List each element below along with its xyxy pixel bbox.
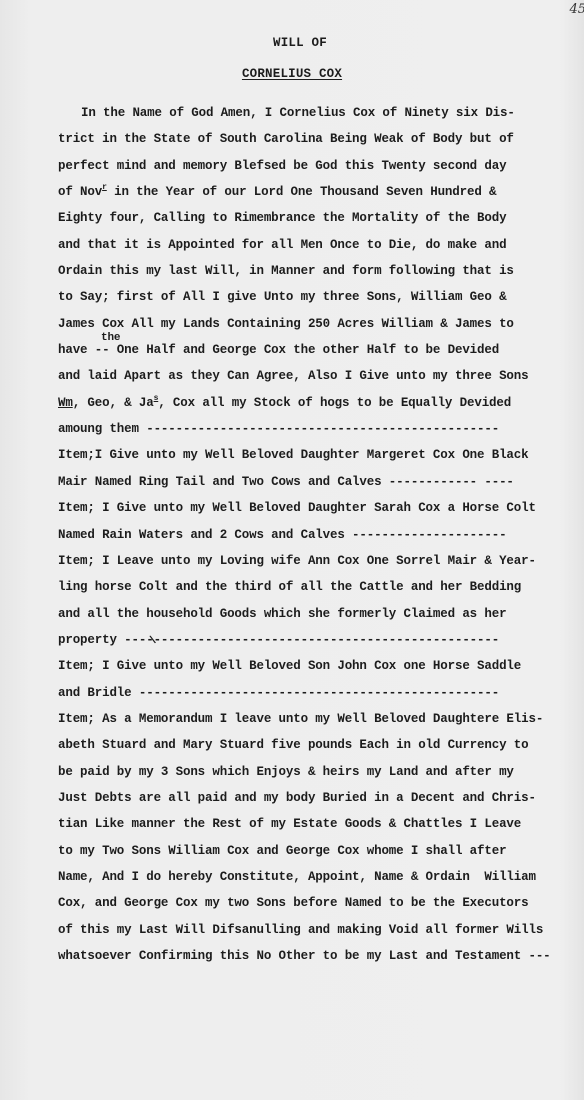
text-line: Just Debts are all paid and my body Buri… bbox=[58, 785, 582, 811]
text-line: Named Rain Waters and 2 Cows and Calves … bbox=[58, 522, 582, 548]
text-line: have -- One Half and George Cox the othe… bbox=[58, 337, 582, 363]
page-number: 45 bbox=[569, 2, 584, 17]
text-line: property -------------------------------… bbox=[58, 627, 582, 653]
text-line: amoung them ----------------------------… bbox=[58, 416, 582, 442]
will-body-text: In the Name of God Amen, I Cornelius Cox… bbox=[58, 100, 582, 969]
text-line: Eighty four, Calling to Rimembrance the … bbox=[58, 205, 582, 231]
text-line: Item;I Give unto my Well Beloved Daughte… bbox=[58, 442, 582, 468]
document-subtitle: CORNELIUS COX bbox=[0, 67, 584, 81]
text-line: of this my Last Will Difsanulling and ma… bbox=[58, 917, 582, 943]
pen-mark: ∖ bbox=[146, 629, 161, 656]
text-line: whatsoever Confirming this No Other to b… bbox=[58, 943, 582, 969]
text-line: tian Like manner the Rest of my Estate G… bbox=[58, 811, 582, 837]
text-line: to Say; first of All I give Unto my thre… bbox=[58, 284, 582, 310]
abbrev-william: Wm bbox=[58, 396, 73, 410]
text-line: and Bridle -----------------------------… bbox=[58, 680, 582, 706]
text-line: Name, And I do hereby Constitute, Appoin… bbox=[58, 864, 582, 890]
text-line: Wm, Geo, & Jas, Cox all my Stock of hogs… bbox=[58, 390, 582, 416]
superscript: r bbox=[102, 183, 107, 192]
text-line: perfect mind and memory Blefsed be God t… bbox=[58, 153, 582, 179]
text-line: Ordain this my last Will, in Manner and … bbox=[58, 258, 582, 284]
text-line: Mair Named Ring Tail and Two Cows and Ca… bbox=[58, 469, 582, 495]
testator-name: CORNELIUS COX bbox=[242, 67, 342, 81]
text-line: Cox, and George Cox my two Sons before N… bbox=[58, 890, 582, 916]
text-line: Item; I Give unto my Well Beloved Daught… bbox=[58, 495, 582, 521]
text-line: to my Two Sons William Cox and George Co… bbox=[58, 838, 582, 864]
document-page: 45 WILL OF CORNELIUS COX In the Name of … bbox=[0, 0, 584, 1100]
interlinear-insertion: the bbox=[101, 325, 120, 351]
text-line: of Novr in the Year of our Lord One Thou… bbox=[58, 179, 582, 205]
text-line: and all the household Goods which she fo… bbox=[58, 601, 582, 627]
text-line: Item; I Give unto my Well Beloved Son Jo… bbox=[58, 653, 582, 679]
text-line: abeth Stuard and Mary Stuard five pounds… bbox=[58, 732, 582, 758]
text-line: and laid Apart as they Can Agree, Also I… bbox=[58, 363, 582, 389]
text-line: James Cox All my Lands Containing 250 Ac… bbox=[58, 311, 582, 337]
superscript: s bbox=[154, 394, 159, 403]
document-title: WILL OF bbox=[8, 36, 584, 50]
text-line: and that it is Appointed for all Men Onc… bbox=[58, 232, 582, 258]
text-line: trict in the State of South Carolina Bei… bbox=[58, 126, 582, 152]
text-line: In the Name of God Amen, I Cornelius Cox… bbox=[58, 100, 582, 126]
text-line: Item; As a Memorandum I leave unto my We… bbox=[58, 706, 582, 732]
text-line: ling horse Colt and the third of all the… bbox=[58, 574, 582, 600]
text-line: Item; I Leave unto my Loving wife Ann Co… bbox=[58, 548, 582, 574]
text-line: be paid by my 3 Sons which Enjoys & heir… bbox=[58, 759, 582, 785]
